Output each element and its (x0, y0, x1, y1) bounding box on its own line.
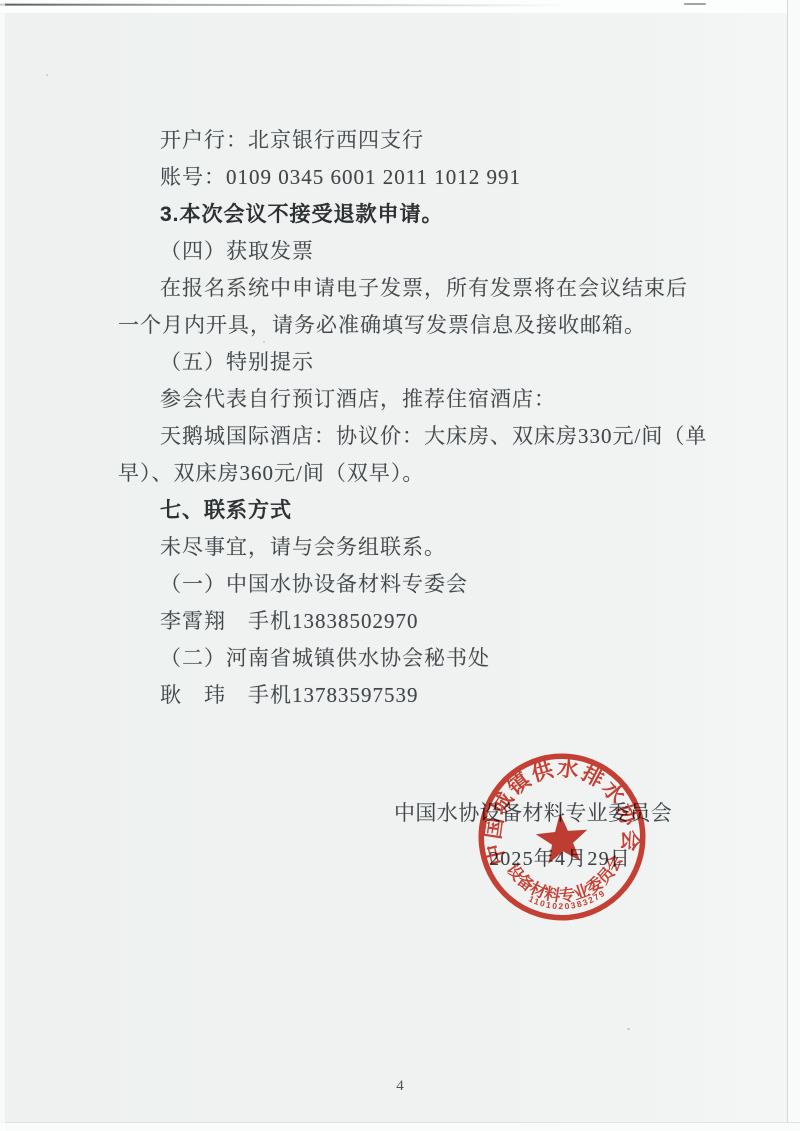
scan-edge-bottom (0, 1122, 800, 1131)
seal-star (534, 811, 590, 865)
scan-edge-top (0, 0, 800, 13)
line-no-refund-notice: 3.本次会议不接受退款申请。 (118, 196, 718, 233)
page-number: 4 (0, 1078, 800, 1095)
line-contact-intro: 未尽事宜，请与会务组联系。 (118, 529, 718, 566)
line-section7-heading: 七、联系方式 (118, 492, 718, 529)
line-hotel-intro: 参会代表自行预订酒店，推荐住宿酒店： (118, 381, 718, 418)
line-section4-heading: （四）获取发票 (118, 233, 718, 270)
line-bank-name: 开户行：北京银行西四支行 (118, 122, 718, 159)
document-body: 开户行：北京银行西四支行 账号：0109 0345 6001 2011 1012… (118, 122, 718, 714)
scan-edge-right (787, 0, 800, 1131)
official-seal-stamp: 中国城镇供水排水协会 设备材料专业委员会 1101020383279 (470, 745, 654, 929)
scan-speck (46, 74, 48, 76)
line-contact-person-1: 李霄翔 手机13838502970 (118, 603, 718, 640)
line-contact-org-2: （二）河南省城镇供水协会秘书处 (118, 640, 718, 677)
line-invoice-2: 一个月内开具，请务必准确填写发票信息及接收邮箱。 (118, 307, 718, 344)
line-section5-heading: （五）特别提示 (118, 344, 718, 381)
line-hotel-price-1: 天鹅城国际酒店：协议价：大床房、双床房330元/间（单 (118, 418, 718, 455)
line-invoice-1: 在报名系统中申请电子发票，所有发票将在会议结束后 (118, 270, 718, 307)
line-hotel-price-2: 早）、双床房360元/间（双早）。 (118, 455, 718, 492)
line-contact-org-1: （一）中国水协设备材料专委会 (118, 566, 718, 603)
scan-speck (627, 1028, 630, 1030)
scanned-document-page: 开户行：北京银行西四支行 账号：0109 0345 6001 2011 1012… (0, 0, 800, 1131)
scan-edge-left (0, 0, 5, 1131)
line-contact-person-2: 耿 玮 手机13783597539 (118, 677, 718, 714)
scan-scratch-dash (684, 3, 706, 5)
line-account-number: 账号：0109 0345 6001 2011 1012 991 (118, 159, 718, 196)
